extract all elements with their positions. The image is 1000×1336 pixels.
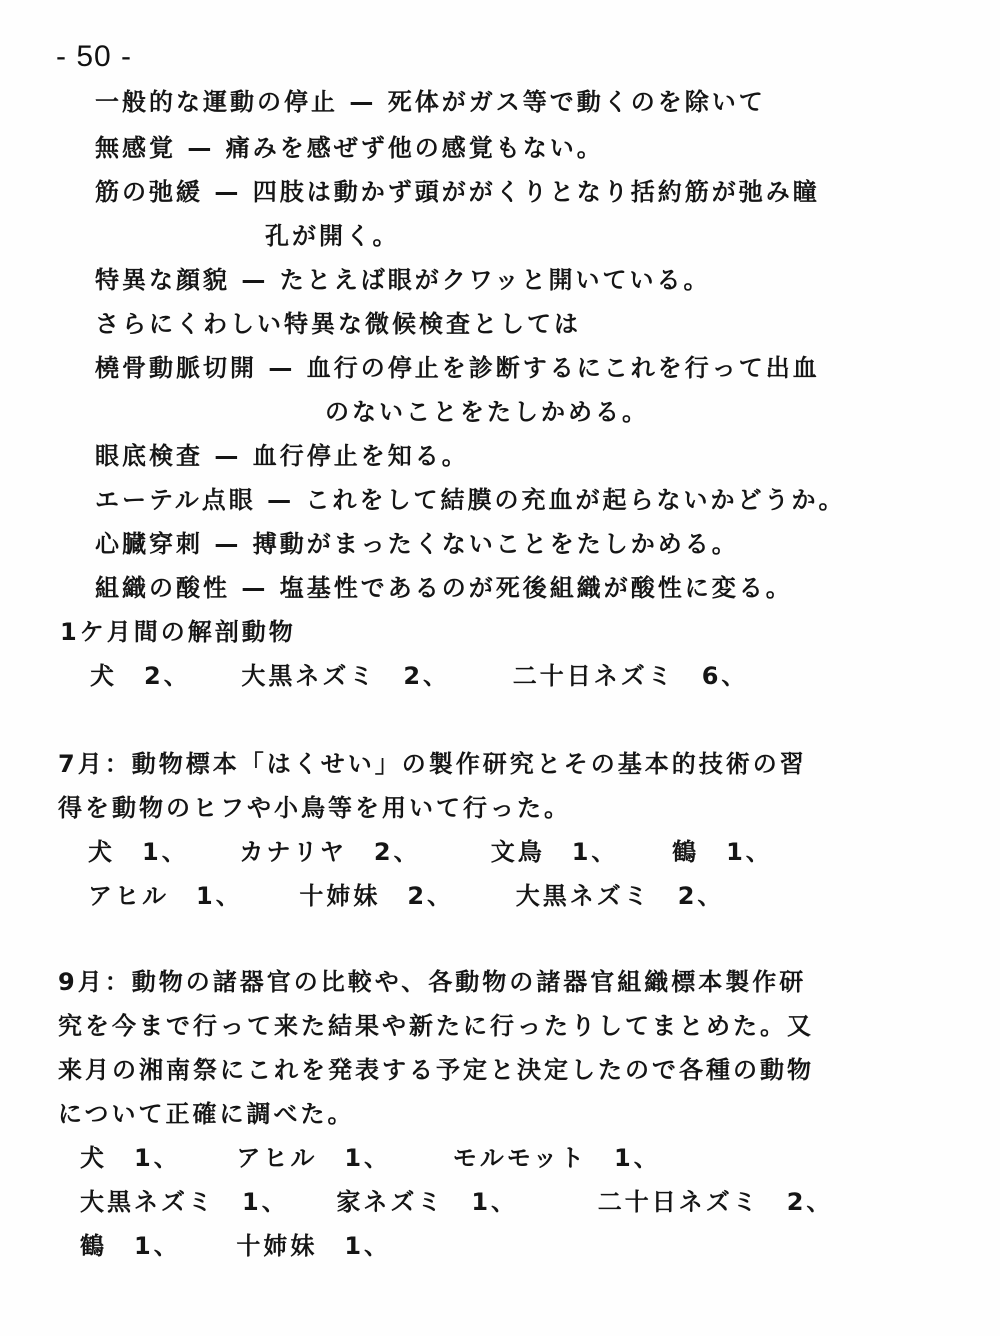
item: 犬 1、	[88, 836, 228, 868]
september-paragraph-line-3: 来月の湘南祭にこれを発表する予定と決定したので各種の動物	[58, 1054, 814, 1086]
item: 犬 2、	[90, 660, 230, 692]
item: 鶴 1、	[672, 836, 773, 868]
july-paragraph-line-2: 得を動物のヒフや小鳥等を用いて行った。	[58, 792, 571, 824]
july-items-row-2: アヒル 1、 十姉妹 2、 大黒ネズミ 2、	[88, 880, 724, 912]
criteria-line: 特異な顔貌 — たとえば眼がクワッと開いている。	[95, 264, 711, 296]
september-paragraph-line-2: 究を今まで行って来た結果や新たに行ったりしてまとめた。又	[58, 1010, 814, 1042]
item: 二十日ネズミ 2、	[598, 1186, 834, 1218]
september-paragraph-line-4: について正確に調べた。	[58, 1098, 355, 1130]
item: アヒル 1、	[236, 1142, 441, 1174]
item: 大黒ネズミ 2、	[241, 660, 501, 692]
item: モルモット 1、	[453, 1142, 661, 1174]
criteria-line: 橈骨動脈切開 — 血行の停止を診断するにこれを行って出血	[95, 352, 820, 384]
document-page: - 50 - 一般的な運動の停止 — 死体がガス等で動くのを除いて無感覚 — 痛…	[0, 0, 1000, 1336]
item: カナリヤ 2、	[239, 836, 479, 868]
september-items-row-2: 大黒ネズミ 1、 家ネズミ 1、 二十日ネズミ 2、	[80, 1186, 833, 1218]
item: 大黒ネズミ 2、	[516, 880, 725, 912]
july-items-row-1: 犬 1、 カナリヤ 2、 文鳥 1、 鶴 1、	[88, 836, 773, 868]
item: 犬 1、	[80, 1142, 225, 1174]
criteria-line: 無感覚 — 痛みを感ぜず他の感覚もない。	[95, 132, 604, 164]
item: 大黒ネズミ 1、	[80, 1186, 325, 1218]
criteria-line: 心臓穿刺 — 搏動がまったくないことをたしかめる。	[95, 528, 739, 560]
monthly-dissection-heading: 1ケ月間の解剖動物	[60, 616, 296, 648]
criteria-line: 一般的な運動の停止 — 死体がガス等で動くのを除いて	[95, 86, 766, 118]
criteria-line: 組織の酸性 — 塩基性であるのが死後組織が酸性に変る。	[95, 572, 793, 604]
item: アヒル 1、	[88, 880, 288, 912]
item: 十姉妹 2、	[299, 880, 504, 912]
july-paragraph-line-1: 7月：動物標本「はくせい」の製作研究とその基本的技術の習	[58, 748, 807, 780]
item: 鶴 1、	[80, 1230, 225, 1262]
criteria-line: 孔が開く。	[265, 220, 400, 252]
september-items-row-1: 犬 1、 アヒル 1、 モルモット 1、	[80, 1142, 661, 1174]
page-number: - 50 -	[56, 40, 132, 74]
criteria-line: さらにくわしい特異な微候検査としては	[95, 308, 581, 340]
item: 家ネズミ 1、	[336, 1186, 586, 1218]
september-items-row-3: 鶴 1、 十姉妹 1、	[80, 1230, 391, 1262]
item: 二十日ネズミ 6、	[513, 660, 749, 692]
monthly-dissection-items: 犬 2、 大黒ネズミ 2、 二十日ネズミ 6、	[90, 660, 748, 692]
september-paragraph-line-1: 9月：動物の諸器官の比較や、各動物の諸器官組織標本製作研	[58, 966, 806, 998]
item: 文鳥 1、	[491, 836, 661, 868]
criteria-line: のないことをたしかめる。	[325, 396, 649, 428]
criteria-line: エーテル点眼 — これをして結膜の充血が起らないかどうか。	[95, 484, 846, 516]
criteria-line: 筋の弛緩 — 四肢は動かず頭ががくりとなり括約筋が弛み瞳	[95, 176, 820, 208]
item: 十姉妹 1、	[236, 1230, 391, 1262]
criteria-line: 眼底検査 — 血行停止を知る。	[95, 440, 469, 472]
